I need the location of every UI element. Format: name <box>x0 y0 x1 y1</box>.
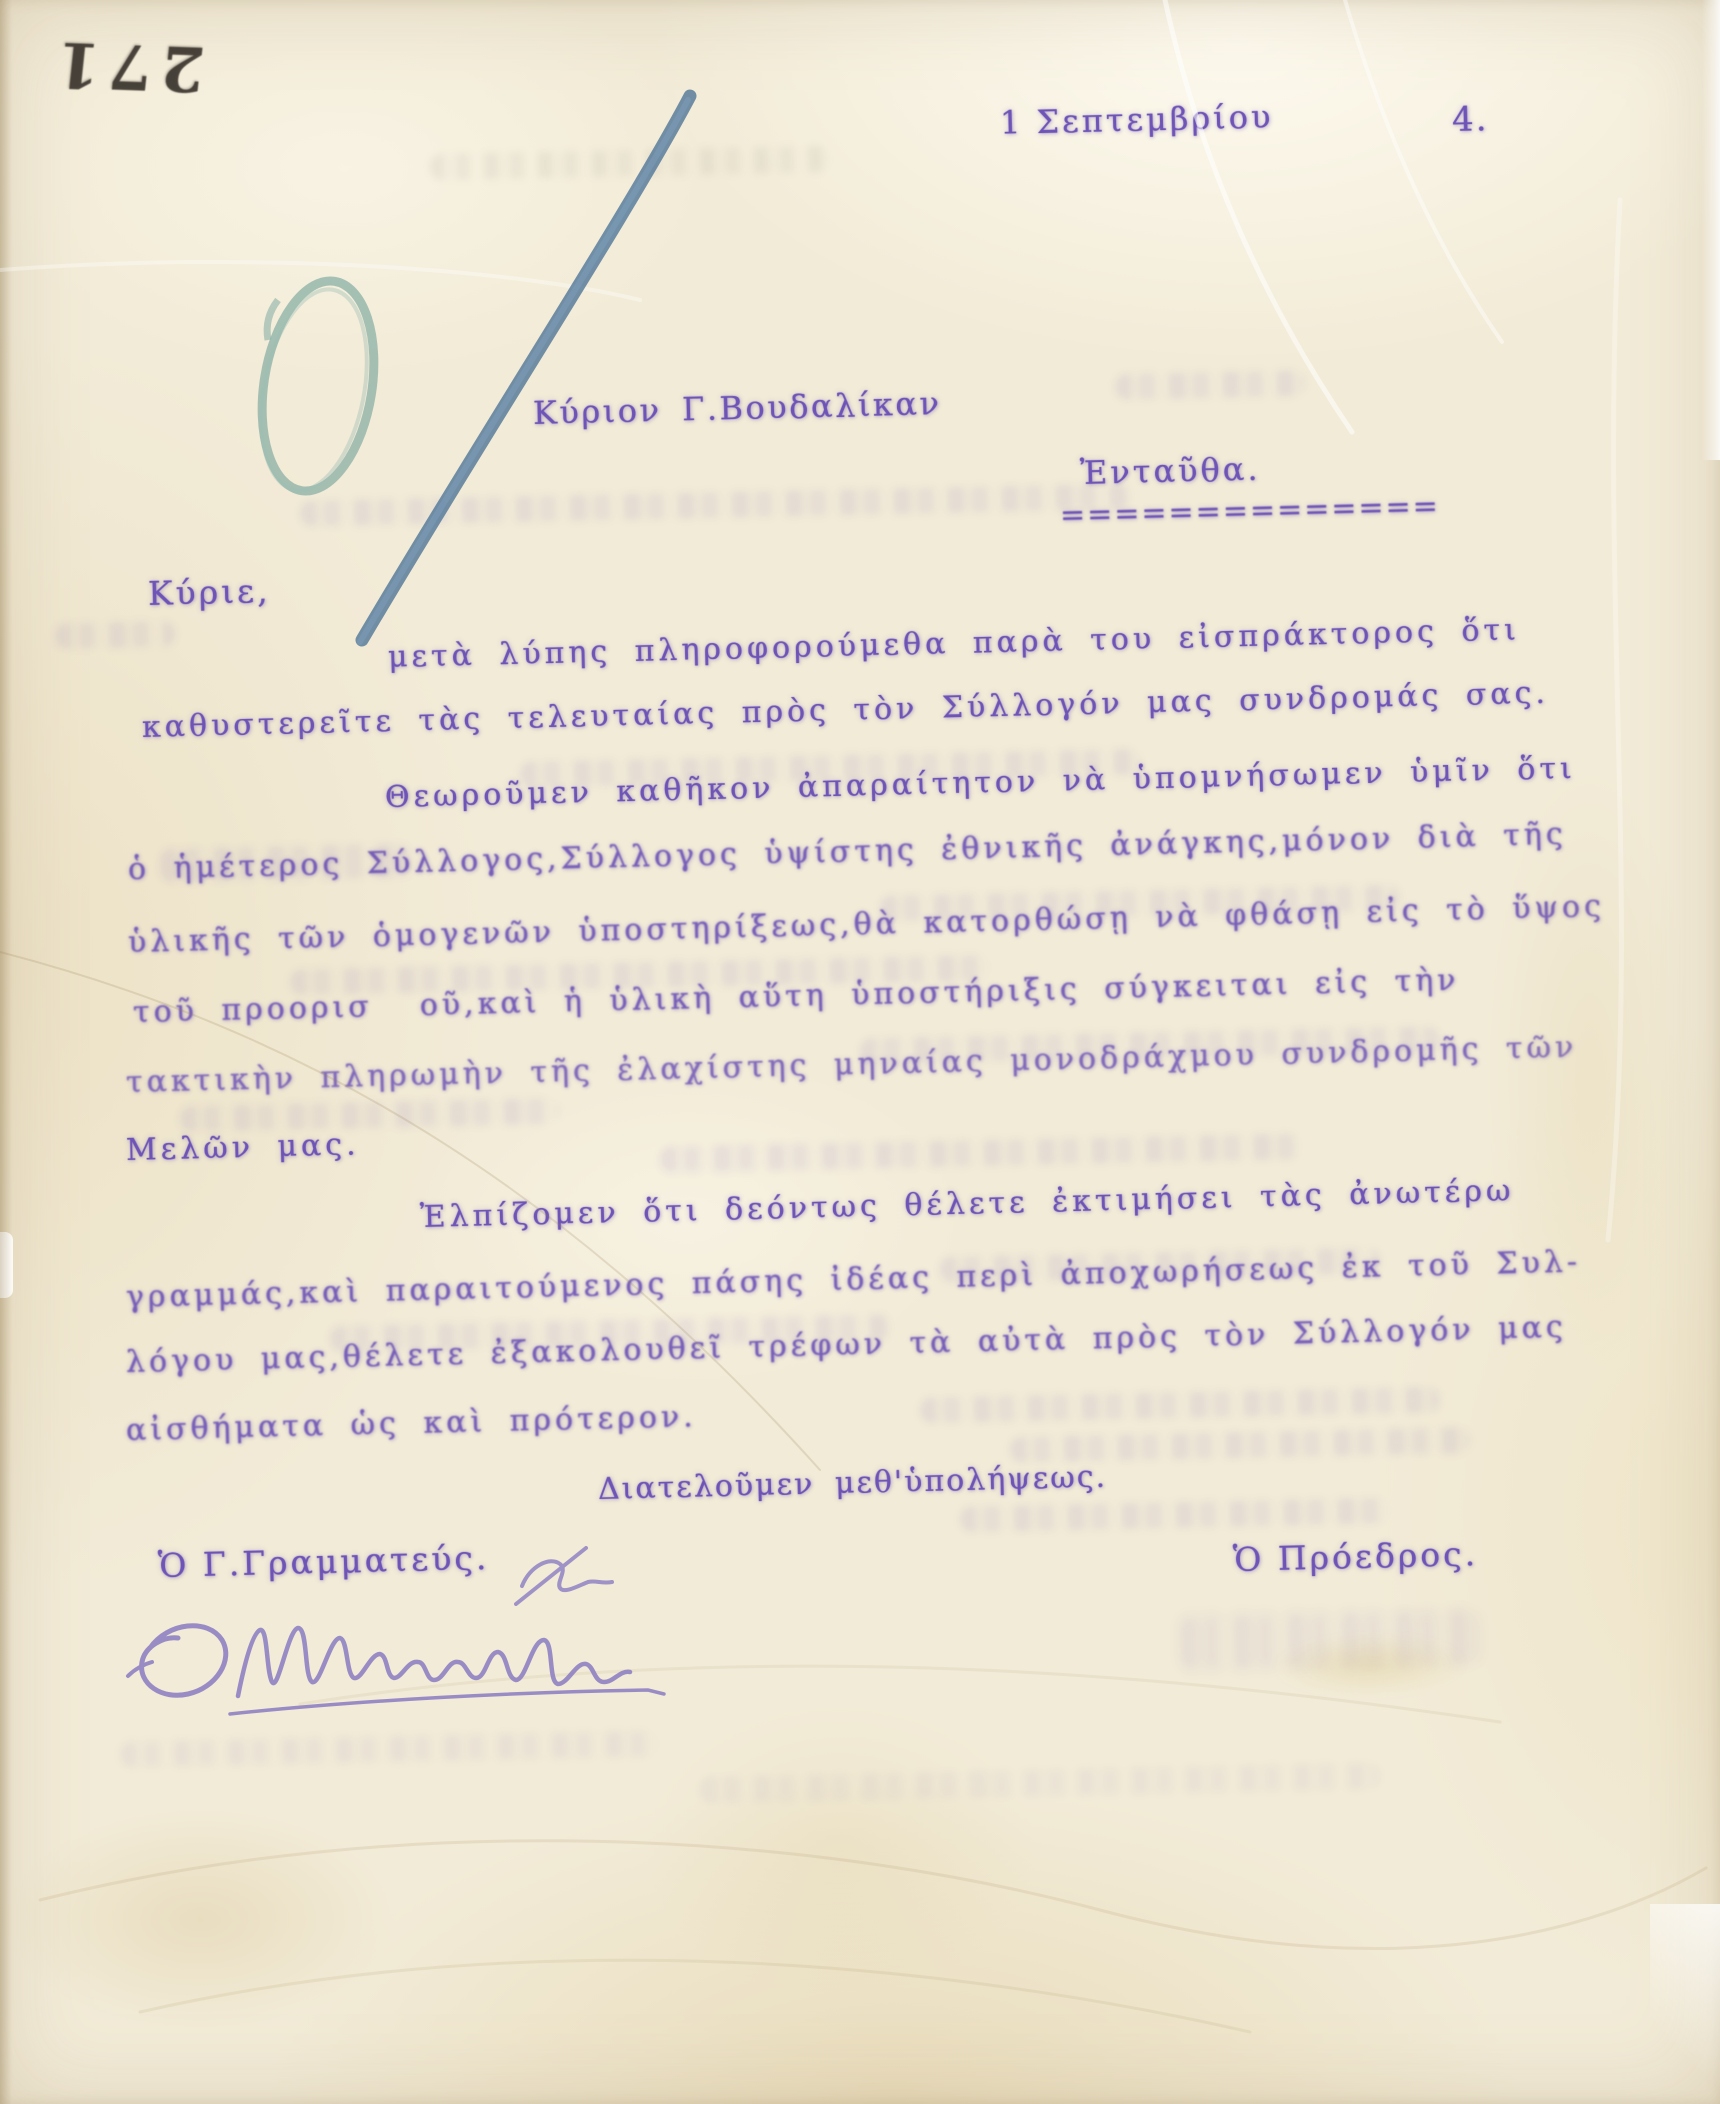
page-edge-left-notch <box>0 1232 13 1298</box>
recipient-line: Κύριον Γ.Βουδαλίκαν <box>533 384 942 432</box>
salutation: Κύριε, <box>148 571 272 613</box>
secretary-signature <box>128 1626 664 1714</box>
page-edge-bottom-right <box>1650 1904 1720 2104</box>
paper-stain <box>0 1760 480 2080</box>
ghost-impression <box>960 1498 1390 1533</box>
archive-number-stamp: 271 <box>44 27 208 105</box>
ghost-impression <box>700 1763 1380 1803</box>
ghost-impression <box>1010 1427 1470 1463</box>
blue-crayon-zero <box>245 273 387 500</box>
page-edge-left-shade <box>0 0 12 2104</box>
president-title: Ὁ Πρόεδρος. <box>1233 1534 1479 1579</box>
ghost-impression <box>1115 370 1306 400</box>
body-line: αἰσθήματα ὡς καὶ πρότερον. <box>126 1399 698 1448</box>
body-line: Μελῶν μας. <box>126 1127 360 1168</box>
ghost-impression <box>1229 1617 1511 1713</box>
ghost-impression <box>660 1133 1300 1172</box>
ghost-impression <box>160 843 411 882</box>
paper-stain <box>560 1640 1120 2060</box>
date-text: 1 Σεπτεμβρίου <box>1000 97 1274 142</box>
checkmark-scribble <box>516 1548 612 1604</box>
secretary-title: Ὁ Γ.Γραμματεύς. <box>158 1538 490 1585</box>
protocol-number: 4. <box>1452 99 1489 140</box>
ghost-impression <box>120 1730 660 1767</box>
ghost-impression <box>920 1387 1440 1424</box>
closing-line: Διατελοῦμεν μεθ'ὑπολήψεως. <box>598 1460 1108 1507</box>
letter-page: 271 1 Σεπτεμβρίου 4. Κύριον Γ.Βουδαλίκαν… <box>0 0 1720 2104</box>
ghost-impression <box>55 621 176 650</box>
ghost-impression <box>300 483 1130 526</box>
page-edge-right-highlight <box>1702 0 1720 460</box>
body-line: μετὰ λύπης πληροφορούμεθα παρὰ του εἰσπρ… <box>388 612 1521 675</box>
body-line: καθυστερεῖτε τὰς τελευταίας πρὸς τὸν Σύλ… <box>142 676 1550 745</box>
body-line: Ἐλπίζομεν ὅτι δεόντως θέλετε ἐκτιμήσει τ… <box>420 1173 1515 1235</box>
ghost-impression <box>180 1098 560 1132</box>
ghost-impression <box>430 146 830 180</box>
